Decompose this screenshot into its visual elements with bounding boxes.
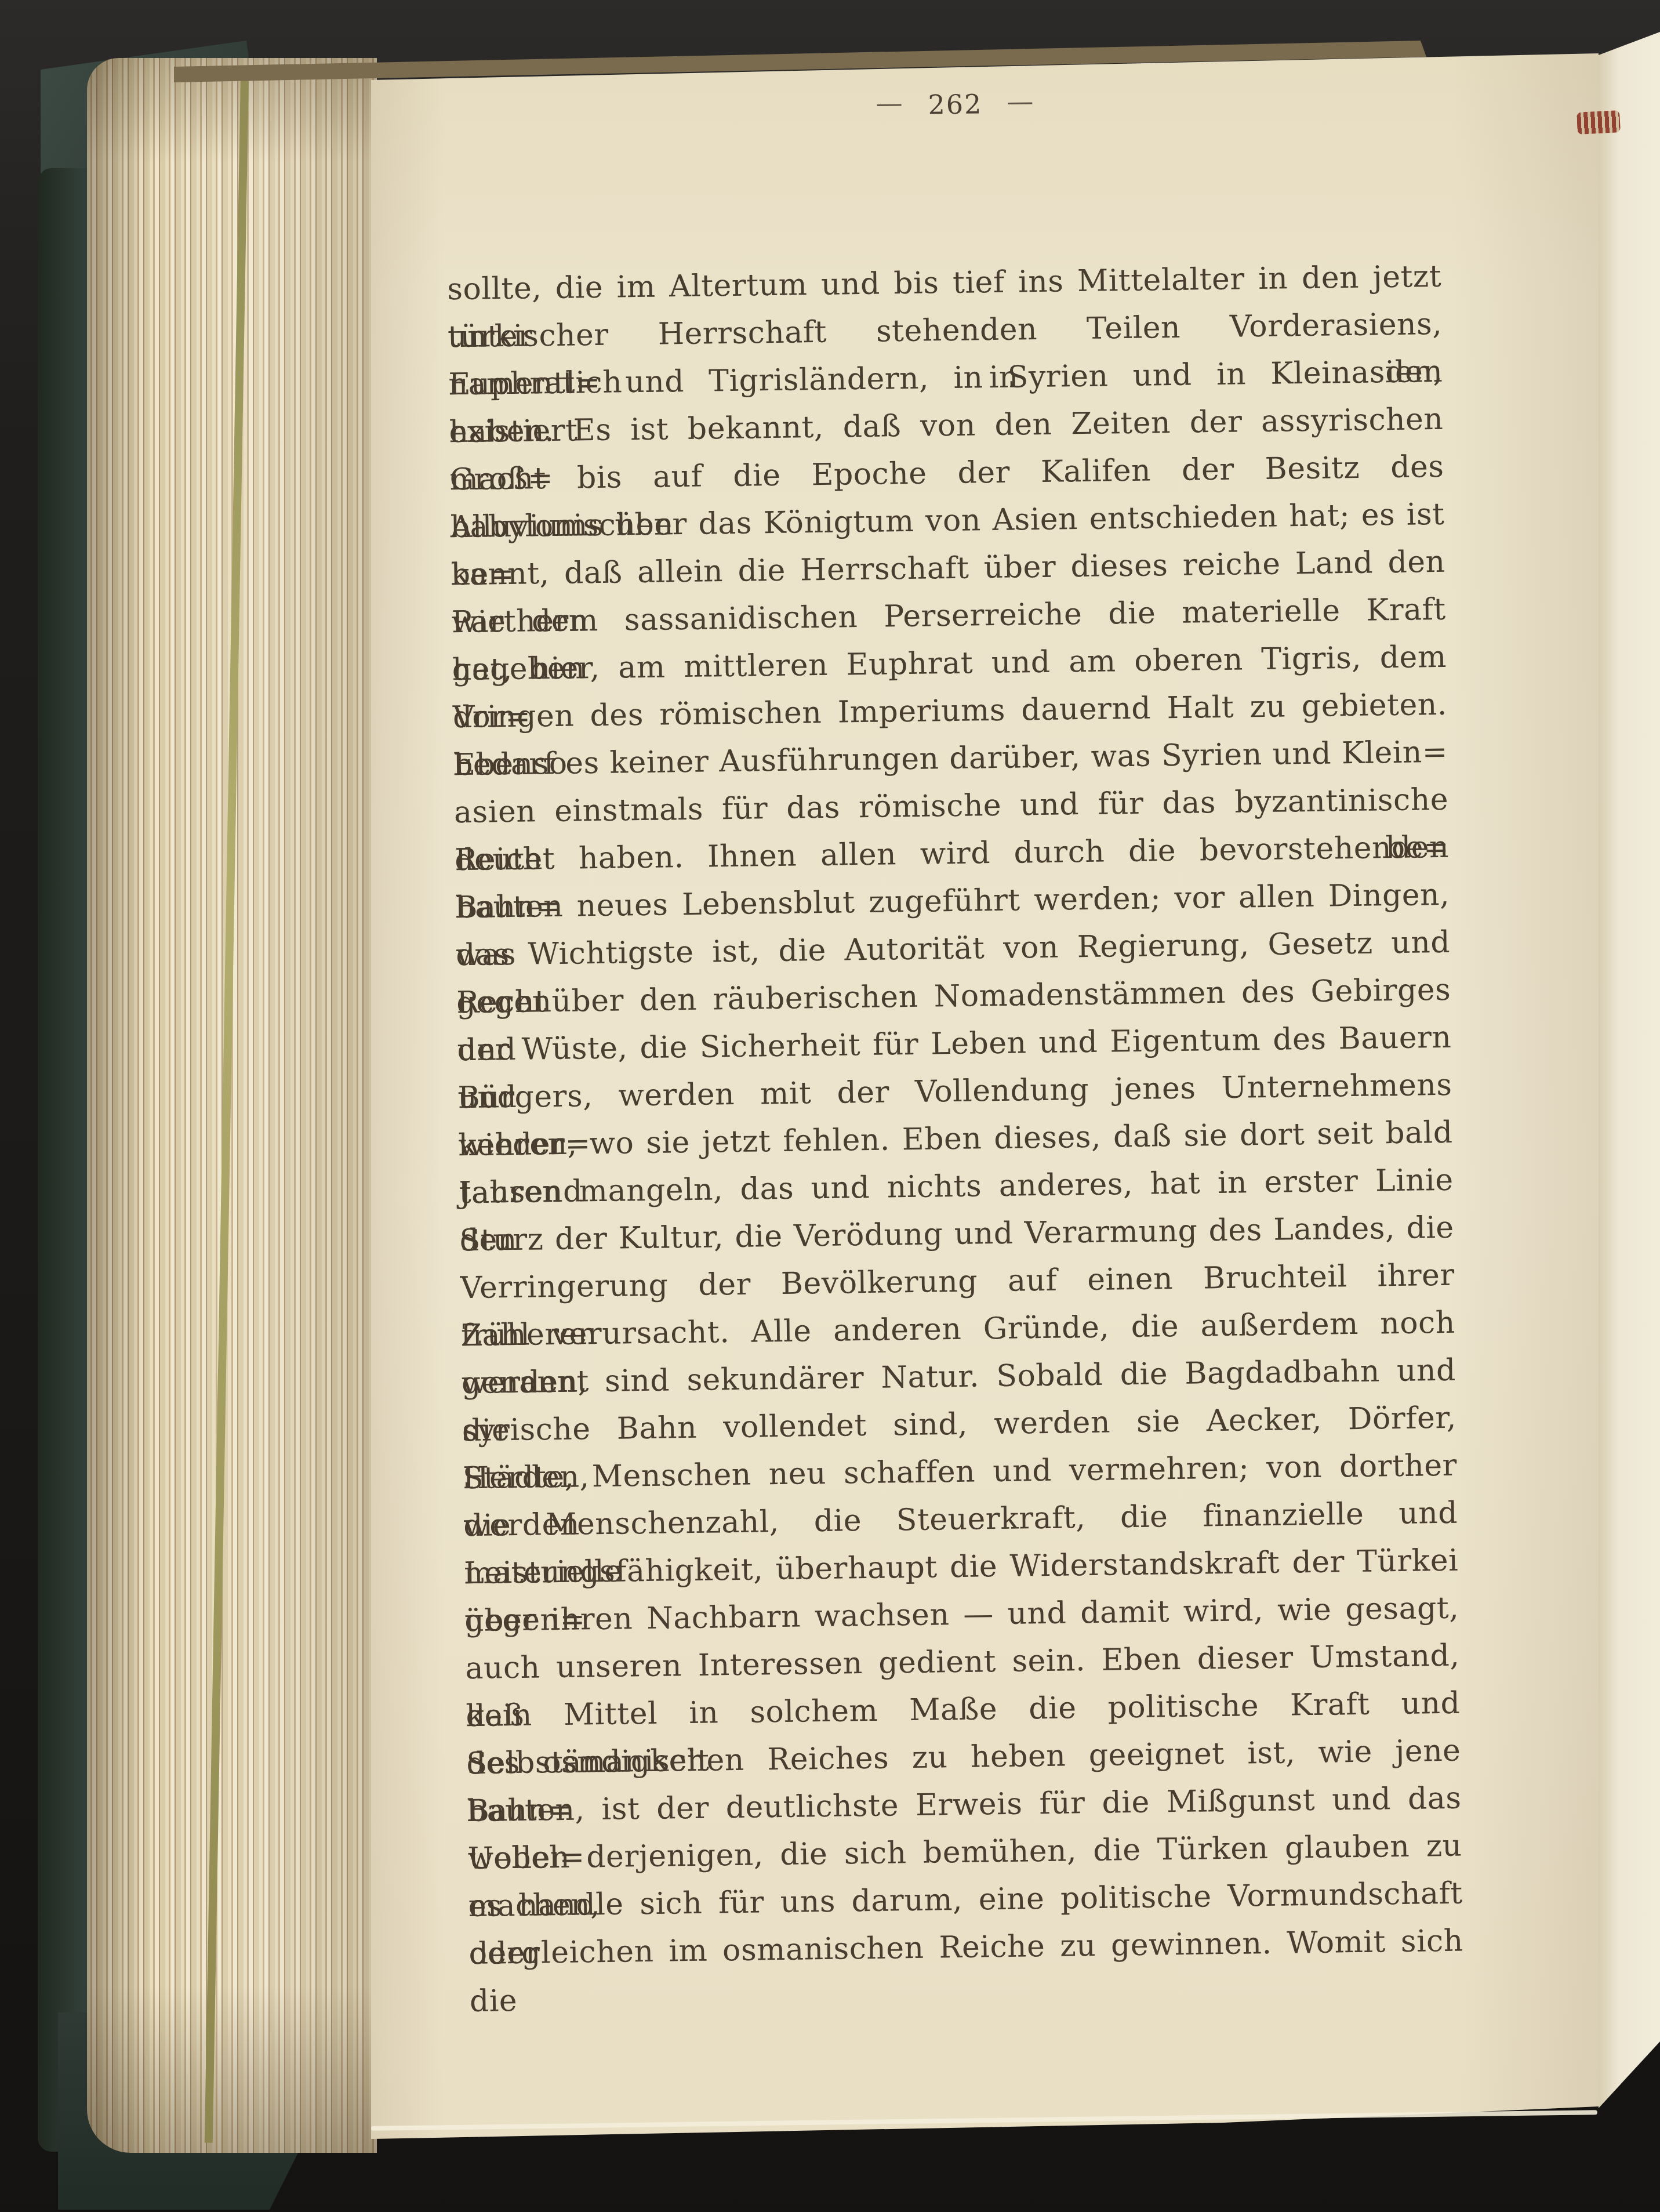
page-number-value: 262: [928, 88, 983, 120]
page-number-dash-right: —: [1007, 84, 1035, 119]
facing-page-edge: [1599, 29, 1660, 2111]
page-number-dash-left: —: [876, 85, 904, 121]
text-block: sollte, die im Altertum und bis tief ins…: [447, 253, 1463, 1978]
headband: [1577, 110, 1621, 135]
book-scan-scene: —262— sollte, die im Altertum und bis ti…: [0, 0, 1660, 2212]
fore-edge-page-stack: [87, 58, 377, 2153]
